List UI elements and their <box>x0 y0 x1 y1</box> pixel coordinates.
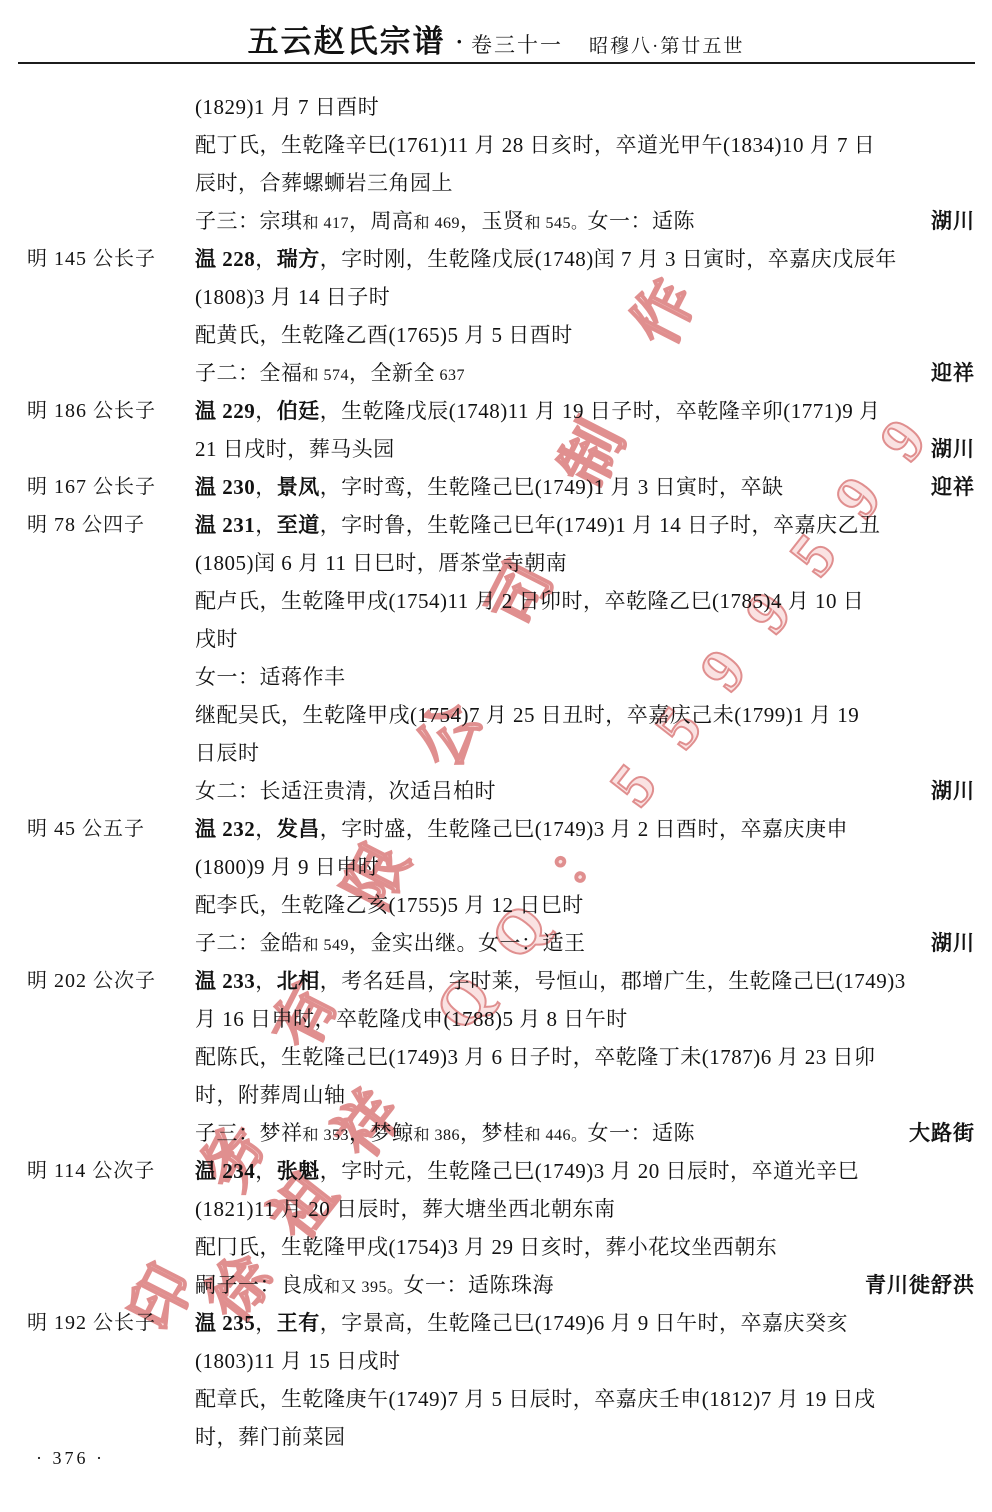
text-segment: ， <box>255 247 277 271</box>
text-segment: ， <box>255 817 277 841</box>
text-segment: 景凤 <box>277 475 320 499</box>
place-label: 大路街 <box>909 1114 975 1152</box>
text-segment: 和 353 <box>303 1127 350 1144</box>
text-segment: 张魁 <box>277 1159 320 1183</box>
record-text: 子三：宗琪和 417，周高和 469，玉贤和 545。女一：适陈 <box>195 202 695 243</box>
volume-label: 卷三十一 <box>471 33 563 57</box>
record-line: (1805)闰 6 月 11 日巳时，厝茶堂寺朝南 <box>0 544 992 582</box>
text-segment: ，字时刚，生乾隆戊辰(1748)闰 7 月 3 日寅时，卒嘉庆戊辰年 <box>320 247 897 271</box>
record-line: (1808)3 月 14 日子时 <box>0 278 992 316</box>
text-segment: 子三：宗琪 <box>195 209 303 233</box>
generation-label: 明 114 公次子 <box>27 1152 155 1190</box>
record-line: 月 16 日申时，卒乾隆戊申(1788)5 月 8 日午时 <box>0 1000 992 1038</box>
record-text: 时，附葬周山轴 <box>195 1076 346 1114</box>
record-line: 配李氏，生乾隆乙亥(1755)5 月 12 日巳时 <box>0 886 992 924</box>
text-segment: ，梦桂 <box>460 1121 525 1145</box>
record-line: 日辰时 <box>0 734 992 772</box>
text-segment: 配冂氏，生乾隆甲戌(1754)3 月 29 日亥时，葬小花坟坐西朝东 <box>195 1235 777 1259</box>
record-line: 明 114 公次子温 234，张魁，字时元，生乾隆己巳(1749)3 月 20 … <box>0 1152 992 1190</box>
text-segment: 和 574 <box>303 367 350 384</box>
record-line: (1800)9 月 9 日申时 <box>0 848 992 886</box>
text-segment: ，字时鸾，生乾隆己巳(1749)1 月 3 日寅时，卒缺 <box>320 475 784 499</box>
text-segment: 女一：适陈 <box>588 1121 696 1145</box>
place-label: 青川徙舒洪 <box>865 1266 975 1304</box>
record-line: 明 78 公四子温 231，至道，字时鲁，生乾隆己巳年(1749)1 月 14 … <box>0 506 992 544</box>
record-line: 时，葬门前菜园 <box>0 1418 992 1456</box>
record-line: 时，附葬周山轴 <box>0 1076 992 1114</box>
text-segment: (1829)1 月 7 日酉时 <box>195 95 379 119</box>
record-text: 子二：全福和 574，全新全 637 <box>195 354 465 395</box>
record-text: 女二：长适汪贵清，次适吕柏时 <box>195 772 496 810</box>
record-text: 子三：梦祥和 353，梦鲸和 386，梦桂和 446。女一：适陈 <box>195 1114 695 1155</box>
record-line: 明 145 公长子温 228，瑞方，字时刚，生乾隆戊辰(1748)闰 7 月 3… <box>0 240 992 278</box>
record-text: 温 235，王有，字景高，生乾隆己巳(1749)6 月 9 日午时，卒嘉庆癸亥 <box>195 1304 848 1342</box>
record-line: 配陈氏，生乾隆己巳(1749)3 月 6 日子时，卒乾隆丁未(1787)6 月 … <box>0 1038 992 1076</box>
record-line: 明 202 公次子温 233，北相，考名廷昌，字时莱，号恒山，郡增广生，生乾隆己… <box>0 962 992 1000</box>
text-segment: ，全新全 <box>349 361 435 385</box>
record-line: 明 45 公五子温 232，发昌，字时盛，生乾隆己巳(1749)3 月 2 日酉… <box>0 810 992 848</box>
record-line: 辰时，合葬螺蛳岩三角园上 <box>0 164 992 202</box>
text-segment: 子二：金皓 <box>195 931 303 955</box>
record-text: 日辰时 <box>195 734 260 772</box>
text-segment: ，字景高，生乾隆己巳(1749)6 月 9 日午时，卒嘉庆癸亥 <box>320 1311 848 1335</box>
record-text: (1829)1 月 7 日酉时 <box>195 88 379 126</box>
text-segment: ， <box>255 1311 277 1335</box>
record-text: 继配吴氏，生乾隆甲戌(1754)7 月 25 日丑时，卒嘉庆己未(1799)1 … <box>195 696 859 734</box>
text-segment: ，生乾隆戊辰(1748)11 月 19 日子时，卒乾隆辛卯(1771)9 月 <box>320 399 881 423</box>
text-segment: 月 16 日申时，卒乾隆戊申(1788)5 月 8 日午时 <box>195 1007 628 1031</box>
place-label: 湖川 <box>931 202 975 240</box>
text-segment: 子二：全福 <box>195 361 303 385</box>
generation-label: 明 202 公次子 <box>27 962 156 1000</box>
place-label: 湖川 <box>931 772 975 810</box>
record-line: 明 167 公长子温 230，景凤，字时鸾，生乾隆己巳(1749)1 月 3 日… <box>0 468 992 506</box>
page-footer: · 376 · <box>36 1448 105 1469</box>
genealogy-page: 印务有限公司制作 徐祖祥 QQ：5599599 五云赵氏宗谱·卷三十一昭穆八·第… <box>0 0 992 1512</box>
record-line: 继配吴氏，生乾隆甲戌(1754)7 月 25 日丑时，卒嘉庆己未(1799)1 … <box>0 696 992 734</box>
record-text: 温 234，张魁，字时元，生乾隆己巳(1749)3 月 20 日辰时，卒道光辛巳 <box>195 1152 859 1190</box>
record-line: 明 192 公长子温 235，王有，字景高，生乾隆己巳(1749)6 月 9 日… <box>0 1304 992 1342</box>
text-segment: 和 469 <box>414 215 461 232</box>
generation-label: 明 186 公长子 <box>27 392 156 430</box>
record-line: 子三：宗琪和 417，周高和 469，玉贤和 545。女一：适陈湖川 <box>0 202 992 240</box>
generation-label: 明 145 公长子 <box>27 240 156 278</box>
text-segment: ， <box>255 475 277 499</box>
page-header: 五云赵氏宗谱·卷三十一昭穆八·第廿五世 <box>0 16 992 61</box>
record-text: 配李氏，生乾隆乙亥(1755)5 月 12 日巳时 <box>195 886 584 924</box>
text-segment: 配丁氏，生乾隆辛巳(1761)11 月 28 日亥时，卒道光甲午(1834)10… <box>195 133 875 157</box>
text-segment: ，考名廷昌，字时莱，号恒山，郡增广生，生乾隆己巳(1749)3 <box>320 969 906 993</box>
text-segment: 时，葬门前菜园 <box>195 1425 346 1449</box>
generation-label: 明 45 公五子 <box>27 810 145 848</box>
text-segment: ，周高 <box>349 209 414 233</box>
text-segment: ，字时盛，生乾隆己巳(1749)3 月 2 日酉时，卒嘉庆庚申 <box>320 817 848 841</box>
generation-label: 明 78 公四子 <box>27 506 145 544</box>
place-label: 迎祥 <box>931 354 975 392</box>
text-segment: 辰时，合葬螺蛳岩三角园上 <box>195 171 453 195</box>
records-list: (1829)1 月 7 日酉时配丁氏，生乾隆辛巳(1761)11 月 28 日亥… <box>0 88 992 1456</box>
text-segment: 温 231 <box>195 513 255 537</box>
text-segment: (1805)闰 6 月 11 日巳时，厝茶堂寺朝南 <box>195 551 567 575</box>
record-line: 配卢氏，生乾隆甲戌(1754)11 月 2 日卯时，卒乾隆乙巳(1785)4 月… <box>0 582 992 620</box>
text-segment: 至道 <box>277 513 320 537</box>
text-segment: (1803)11 月 15 日戌时 <box>195 1349 400 1373</box>
text-segment: (1821)11 月 20 日辰时，葬大塘坐西北朝东南 <box>195 1197 615 1221</box>
text-segment: 637 <box>435 367 465 384</box>
text-segment: 女一：适陈珠海 <box>404 1273 555 1297</box>
text-segment: 配李氏，生乾隆乙亥(1755)5 月 12 日巳时 <box>195 893 584 917</box>
title-dot-separator: · <box>456 29 463 54</box>
record-text: 月 16 日申时，卒乾隆戊申(1788)5 月 8 日午时 <box>195 1000 628 1038</box>
text-segment: 发昌 <box>277 817 320 841</box>
text-segment: ，字时元，生乾隆己巳(1749)3 月 20 日辰时，卒道光辛巳 <box>320 1159 859 1183</box>
place-label: 迎祥 <box>931 468 975 506</box>
text-segment: 日辰时 <box>195 741 260 765</box>
text-segment: 配卢氏，生乾隆甲戌(1754)11 月 2 日卯时，卒乾隆乙巳(1785)4 月… <box>195 589 864 613</box>
text-segment: 女一：适蒋作丰 <box>195 665 346 689</box>
record-text: 配冂氏，生乾隆甲戌(1754)3 月 29 日亥时，葬小花坟坐西朝东 <box>195 1228 777 1266</box>
record-text: 时，葬门前菜园 <box>195 1418 346 1456</box>
text-segment: 女二：长适汪贵清，次适吕柏时 <box>195 779 496 803</box>
text-segment: 子三：梦祥 <box>195 1121 303 1145</box>
text-segment: ， <box>255 1159 277 1183</box>
record-line: 女一：适蒋作丰 <box>0 658 992 696</box>
text-segment: ，金实出继。女一：适王 <box>349 931 586 955</box>
record-line: (1803)11 月 15 日戌时 <box>0 1342 992 1380</box>
record-line: 明 186 公长子温 229，伯廷，生乾隆戊辰(1748)11 月 19 日子时… <box>0 392 992 430</box>
text-segment: 瑞方 <box>277 247 320 271</box>
text-segment: ， <box>255 399 277 423</box>
place-label: 湖川 <box>931 430 975 468</box>
text-segment: 伯廷 <box>277 399 320 423</box>
generation-label: 明 167 公长子 <box>27 468 156 506</box>
record-line: 子三：梦祥和 353，梦鲸和 386，梦桂和 446。女一：适陈大路街 <box>0 1114 992 1152</box>
text-segment: (1800)9 月 9 日申时 <box>195 855 379 879</box>
text-segment: 温 235 <box>195 1311 255 1335</box>
text-segment: ，字时鲁，生乾隆己巳年(1749)1 月 14 日子时，卒嘉庆乙丑 <box>320 513 881 537</box>
text-segment: 配章氏，生乾隆庚午(1749)7 月 5 日辰时，卒嘉庆壬申(1812)7 月 … <box>195 1387 875 1411</box>
record-text: 女一：适蒋作丰 <box>195 658 346 696</box>
text-segment: 温 232 <box>195 817 255 841</box>
record-line: (1821)11 月 20 日辰时，葬大塘坐西北朝东南 <box>0 1190 992 1228</box>
text-segment: 和 386 <box>414 1127 461 1144</box>
text-segment: 和 417 <box>303 215 350 232</box>
record-text: 配黄氏，生乾隆乙酉(1765)5 月 5 日酉时 <box>195 316 573 354</box>
text-segment: ，梦鲸 <box>349 1121 414 1145</box>
record-line: (1829)1 月 7 日酉时 <box>0 88 992 126</box>
text-segment: 戌时 <box>195 627 238 651</box>
record-text: 温 233，北相，考名廷昌，字时莱，号恒山，郡增广生，生乾隆己巳(1749)3 <box>195 962 906 1000</box>
header-rule <box>18 62 975 64</box>
record-text: 温 231，至道，字时鲁，生乾隆己巳年(1749)1 月 14 日子时，卒嘉庆乙… <box>195 506 880 544</box>
record-text: 配陈氏，生乾隆己巳(1749)3 月 6 日子时，卒乾隆丁未(1787)6 月 … <box>195 1038 875 1076</box>
text-segment: 王有 <box>277 1311 320 1335</box>
record-text: (1800)9 月 9 日申时 <box>195 848 379 886</box>
record-text: 配丁氏，生乾隆辛巳(1761)11 月 28 日亥时，卒道光甲午(1834)10… <box>195 126 875 164</box>
record-line: 子二：全福和 574，全新全 637迎祥 <box>0 354 992 392</box>
record-line: 配章氏，生乾隆庚午(1749)7 月 5 日辰时，卒嘉庆壬申(1812)7 月 … <box>0 1380 992 1418</box>
text-segment: ， <box>255 513 277 537</box>
text-segment: 配陈氏，生乾隆己巳(1749)3 月 6 日子时，卒乾隆丁未(1787)6 月 … <box>195 1045 875 1069</box>
record-text: (1821)11 月 20 日辰时，葬大塘坐西北朝东南 <box>195 1190 615 1228</box>
record-text: 温 229，伯廷，生乾隆戊辰(1748)11 月 19 日子时，卒乾隆辛卯(17… <box>195 392 880 430</box>
record-text: (1808)3 月 14 日子时 <box>195 278 390 316</box>
text-segment: 温 228 <box>195 247 255 271</box>
text-segment: 和又 395。 <box>324 1279 404 1296</box>
record-text: 子二：金皓和 549，金实出继。女一：适王 <box>195 924 586 965</box>
text-segment: 继配吴氏，生乾隆甲戌(1754)7 月 25 日丑时，卒嘉庆己未(1799)1 … <box>195 703 859 727</box>
text-segment: 温 234 <box>195 1159 255 1183</box>
generation-label: 明 192 公长子 <box>27 1304 156 1342</box>
text-segment: 温 230 <box>195 475 255 499</box>
text-segment: 嗣子一：良成 <box>195 1273 324 1297</box>
record-text: 温 230，景凤，字时鸾，生乾隆己巳(1749)1 月 3 日寅时，卒缺 <box>195 468 784 506</box>
place-label: 湖川 <box>931 924 975 962</box>
text-segment: 时，附葬周山轴 <box>195 1083 346 1107</box>
text-segment: 配黄氏，生乾隆乙酉(1765)5 月 5 日酉时 <box>195 323 573 347</box>
record-text: 温 228，瑞方，字时刚，生乾隆戊辰(1748)闰 7 月 3 日寅时，卒嘉庆戊… <box>195 240 897 278</box>
record-line: 配冂氏，生乾隆甲戌(1754)3 月 29 日亥时，葬小花坟坐西朝东 <box>0 1228 992 1266</box>
text-segment: 和 446。 <box>525 1127 588 1144</box>
text-segment: 温 233 <box>195 969 255 993</box>
record-line: 戌时 <box>0 620 992 658</box>
text-segment: 和 549 <box>303 937 350 954</box>
record-line: 女二：长适汪贵清，次适吕柏时湖川 <box>0 772 992 810</box>
record-text: (1805)闰 6 月 11 日巳时，厝茶堂寺朝南 <box>195 544 567 582</box>
record-line: 配黄氏，生乾隆乙酉(1765)5 月 5 日酉时 <box>0 316 992 354</box>
text-segment: 21 日戌时，葬马头园 <box>195 437 395 461</box>
record-text: 辰时，合葬螺蛳岩三角园上 <box>195 164 453 202</box>
record-text: 配卢氏，生乾隆甲戌(1754)11 月 2 日卯时，卒乾隆乙巳(1785)4 月… <box>195 582 864 620</box>
record-line: 配丁氏，生乾隆辛巳(1761)11 月 28 日亥时，卒道光甲午(1834)10… <box>0 126 992 164</box>
record-text: 配章氏，生乾隆庚午(1749)7 月 5 日辰时，卒嘉庆壬申(1812)7 月 … <box>195 1380 875 1418</box>
text-segment: ， <box>255 969 277 993</box>
text-segment: 女一：适陈 <box>588 209 696 233</box>
record-text: 戌时 <box>195 620 238 658</box>
text-segment: 和 545。 <box>525 215 588 232</box>
text-segment: (1808)3 月 14 日子时 <box>195 285 390 309</box>
text-segment: 北相 <box>277 969 320 993</box>
record-line: 嗣子一：良成和又 395。女一：适陈珠海青川徙舒洪 <box>0 1266 992 1304</box>
record-line: 21 日戌时，葬马头园湖川 <box>0 430 992 468</box>
text-segment: 温 229 <box>195 399 255 423</box>
page-number: · 376 · <box>36 1448 105 1468</box>
record-line: 子二：金皓和 549，金实出继。女一：适王湖川 <box>0 924 992 962</box>
text-segment: ，玉贤 <box>460 209 525 233</box>
record-text: 嗣子一：良成和又 395。女一：适陈珠海 <box>195 1266 554 1307</box>
book-title: 五云赵氏宗谱 <box>248 24 446 59</box>
record-text: 21 日戌时，葬马头园 <box>195 430 395 468</box>
record-text: 温 232，发昌，字时盛，生乾隆己巳(1749)3 月 2 日酉时，卒嘉庆庚申 <box>195 810 848 848</box>
section-label: 昭穆八·第廿五世 <box>589 36 744 57</box>
record-text: (1803)11 月 15 日戌时 <box>195 1342 400 1380</box>
